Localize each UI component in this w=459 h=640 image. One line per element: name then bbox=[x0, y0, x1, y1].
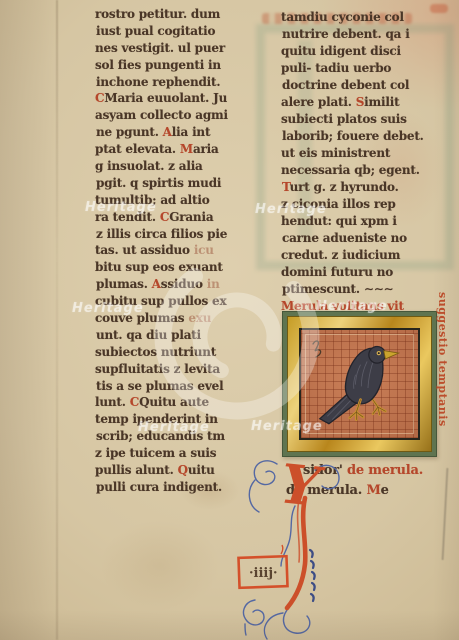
text-line: lunt. CQuitu aute bbox=[95, 394, 263, 411]
text-line: g insuolat. z alia bbox=[95, 158, 263, 175]
text-line: ne pgunt. Alia int bbox=[95, 124, 263, 141]
text-line: plumas. Assiduo in bbox=[95, 276, 263, 293]
text-line: puli- tadiu uerbo bbox=[281, 60, 449, 77]
text-line: unt. qa diu plati bbox=[95, 327, 263, 344]
miniature-field bbox=[299, 328, 420, 440]
text-line: nutrire debent. qa i bbox=[281, 26, 449, 43]
text-line: sidor' de merula. bbox=[303, 461, 423, 481]
text-line: inchone rephendit. bbox=[95, 74, 263, 91]
quire-mark: ·iiij· bbox=[238, 545, 287, 588]
text-line: pullis alunt. Quitu bbox=[95, 462, 263, 479]
text-line: Turt g. z hyrundo. bbox=[281, 179, 449, 196]
text-line: tis a se plumas evel bbox=[95, 378, 263, 395]
margin-note-vertical: suggestio temptanis bbox=[436, 292, 449, 477]
text-line: quitu idigent disci bbox=[281, 43, 449, 60]
text-line: laborib; fouere debet. bbox=[281, 128, 449, 145]
text-line: credut. z iudicium bbox=[281, 247, 449, 264]
text-line: domini futuru no bbox=[281, 264, 449, 281]
parchment-stain bbox=[100, 520, 220, 610]
text-line: asyam collecto agmi bbox=[95, 107, 263, 124]
text-line: bitu sup eos exuant bbox=[95, 259, 263, 276]
text-line: z illis circa filios pie bbox=[95, 226, 263, 243]
text-line: doctrine debent col bbox=[281, 77, 449, 94]
text-line: rostro petitur. dum bbox=[95, 6, 263, 23]
text-line: scrib; educandis tm bbox=[95, 428, 263, 445]
text-line: hendut: qui xpm i bbox=[281, 213, 449, 230]
text-line: subiecti platos suis bbox=[281, 111, 449, 128]
text-line: temp ipenderint in bbox=[95, 411, 263, 428]
blackbird-miniature bbox=[282, 311, 437, 457]
text-line: pulli cura indigent. bbox=[95, 479, 263, 496]
blackbird-icon bbox=[309, 338, 417, 438]
manuscript-page: rostro petitur. dumiust pual cogitatione… bbox=[0, 0, 459, 640]
colophon-lines: sidor' de merula.de merula. Me bbox=[303, 461, 423, 501]
text-line: sol fies pungenti in bbox=[95, 57, 263, 74]
text-line: necessaria qb; egent. bbox=[281, 162, 449, 179]
text-line: tamdiu cyconie col bbox=[281, 9, 449, 26]
text-line: tas. ut assiduo icu bbox=[95, 242, 263, 259]
text-line: tumultib; ad altio bbox=[95, 192, 263, 209]
text-line: couve plumas exu bbox=[95, 310, 263, 327]
left-text-column: rostro petitur. dumiust pual cogitatione… bbox=[95, 6, 263, 496]
text-line: nes vestigit. ul puer bbox=[95, 40, 263, 57]
text-line: ptat elevata. Maria bbox=[95, 141, 263, 158]
text-line: z ciconia illos rep bbox=[281, 196, 449, 213]
text-line: subiectos nutriunt bbox=[95, 344, 263, 361]
text-line: CMaria euuolant. Ju bbox=[95, 90, 263, 107]
gold-frame bbox=[287, 316, 432, 452]
right-text-column: tamdiu cyconie colnutrire debent. qa iqu… bbox=[281, 9, 449, 315]
text-line: ut eis ministrent bbox=[281, 145, 449, 162]
text-line: carne adueniste no bbox=[281, 230, 449, 247]
parchment-scratch bbox=[442, 468, 449, 560]
svg-text:·iiij·: ·iiij· bbox=[249, 566, 278, 581]
text-line: supfluitatis z levita bbox=[95, 361, 263, 378]
text-line: cubitu sup pullos ex bbox=[95, 293, 263, 310]
text-line: alere plati. Similit bbox=[281, 94, 449, 111]
text-line: de merula. Me bbox=[286, 481, 423, 501]
text-line: ra tendit. CGrania bbox=[95, 209, 263, 226]
page-crease bbox=[56, 0, 58, 640]
text-line: ptimescunt. ∼∼∼ bbox=[281, 281, 449, 298]
text-line: z ipe tuicem a suis bbox=[95, 445, 263, 462]
text-line: pgit. q spirtis mudi bbox=[95, 175, 263, 192]
text-line: iust pual cogitatio bbox=[95, 23, 263, 40]
